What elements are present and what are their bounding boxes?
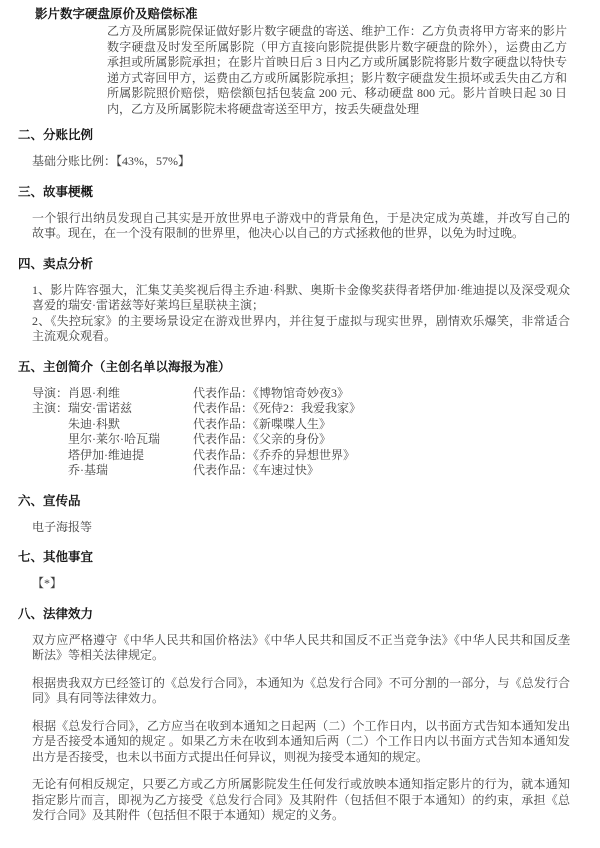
cast-works: 代表作品：《死侍2：我爱我家》 [193,401,600,417]
cast-works: 代表作品：《父亲的身份》 [193,432,600,448]
other-matters-placeholder: 【*】 [32,576,570,592]
legal-paragraph-4: 无论有何相反规定，只要乙方或乙方所属影院发生任何发行或放映本通知指定影片的行为，… [32,777,570,824]
contract-document-page: 影片数字硬盘原价及赔偿标准 乙方及所属影院保证做好影片数字硬盘的寄送、维护工作：… [0,0,600,848]
section-other-matters: 七、其他事宜 【*】 [0,549,600,592]
cast-works-label: 代表作品： [193,401,253,415]
section-legal-effect: 八、法律效力 双方应严格遵守《中华人民共和国价格法》《中华人民共和国反不正当竞争… [0,606,600,824]
cast-list: 导演： 肖恩·利维 代表作品：《博物馆奇妙夜3》 主演： 瑞安·雷诺兹 代表作品… [32,386,600,479]
cast-works: 代表作品：《博物馆奇妙夜3》 [193,386,600,402]
section-promo-materials: 六、宣传品 电子海报等 [0,493,600,536]
cast-row: 主演： 瑞安·雷诺兹 代表作品：《死侍2：我爱我家》 [32,401,600,417]
cast-row: 导演： 肖恩·利维 代表作品：《博物馆奇妙夜3》 [32,386,600,402]
cast-works: 代表作品：《乔乔的异想世界》 [193,448,600,464]
synopsis-paragraph: 一个银行出纳员发现自己其实是开放世界电子游戏中的背景角色，于是决定成为英雄，并改… [32,211,570,242]
cast-role-label: 导演： [32,386,68,402]
hard-drive-standard-paragraph: 乙方及所属影院保证做好影片数字硬盘的寄送、维护工作：乙方负责将甲方寄来的影片数字… [107,24,567,117]
legal-paragraph-1: 双方应严格遵守《中华人民共和国价格法》《中华人民共和国反不正当竞争法》《中华人民… [32,633,570,664]
cast-role-label [32,417,68,433]
cast-row: 里尔·莱尔·哈瓦瑞 代表作品：《父亲的身份》 [32,432,600,448]
cast-row: 乔·基瑞 代表作品：《车速过快》 [32,463,600,479]
cast-works-title: 《车速过快》 [253,463,319,477]
cast-works-title: 《新喋喋人生》 [253,417,331,431]
cast-row: 朱迪·科默 代表作品：《新喋喋人生》 [32,417,600,433]
section-selling-points-title: 四、卖点分析 [18,256,600,272]
selling-point-2: 2、《失控玩家》的主要场景设定在游戏世界内，并往复于虚拟与现实世界，剧情欢乐爆笑… [32,314,570,345]
cast-person-name: 瑞安·雷诺兹 [68,401,193,417]
cast-works-label: 代表作品： [193,463,253,477]
cast-works-title: 《死侍2：我爱我家》 [253,401,361,415]
cast-person-name: 里尔·莱尔·哈瓦瑞 [68,432,193,448]
cast-works-title: 《父亲的身份》 [253,432,331,446]
legal-paragraph-3: 根据《总发行合同》，乙方应当在收到本通知之日起两（二）个工作日内，以书面方式告知… [32,719,570,766]
section-synopsis-title: 三、故事梗概 [18,184,600,200]
hard-drive-standard-heading: 影片数字硬盘原价及赔偿标准 [35,6,600,22]
section-legal-effect-title: 八、法律效力 [18,606,600,622]
section-credits-title: 五、主创简介（主创名单以海报为准） [18,359,600,375]
cast-person-name: 肖恩·利维 [68,386,193,402]
cast-person-name: 塔伊加·维迪提 [68,448,193,464]
cast-person-name: 朱迪·科默 [68,417,193,433]
revenue-split-ratio: 基础分账比例：【43%，57%】 [32,154,570,170]
cast-works-label: 代表作品： [193,386,253,400]
cast-works: 代表作品：《车速过快》 [193,463,600,479]
cast-works-title: 《乔乔的异想世界》 [253,448,355,462]
cast-role-label [32,463,68,479]
legal-paragraph-2: 根据贵我双方已经签订的《总发行合同》，本通知为《总发行合同》不可分割的一部分，与… [32,676,570,707]
cast-role-label: 主演： [32,401,68,417]
section-synopsis: 三、故事梗概 一个银行出纳员发现自己其实是开放世界电子游戏中的背景角色，于是决定… [0,184,600,242]
section-revenue-split: 二、分账比例 基础分账比例：【43%，57%】 [0,127,600,170]
cast-works-title: 《博物馆奇妙夜3》 [253,386,349,400]
cast-works: 代表作品：《新喋喋人生》 [193,417,600,433]
section-hard-drive-standard: 影片数字硬盘原价及赔偿标准 乙方及所属影院保证做好影片数字硬盘的寄送、维护工作：… [0,6,600,117]
section-other-matters-title: 七、其他事宜 [18,549,600,565]
section-revenue-split-title: 二、分账比例 [18,127,600,143]
cast-works-label: 代表作品： [193,417,253,431]
cast-role-label [32,432,68,448]
promo-materials-text: 电子海报等 [32,520,570,536]
selling-point-1: 1、影片阵容强大，汇集艾美奖视后得主乔迪·科默、奥斯卡金像奖获得者塔伊加·维迪提… [32,283,570,314]
cast-row: 塔伊加·维迪提 代表作品：《乔乔的异想世界》 [32,448,600,464]
cast-works-label: 代表作品： [193,432,253,446]
section-selling-points: 四、卖点分析 1、影片阵容强大，汇集艾美奖视后得主乔迪·科默、奥斯卡金像奖获得者… [0,256,600,345]
cast-role-label [32,448,68,464]
cast-works-label: 代表作品： [193,448,253,462]
section-promo-materials-title: 六、宣传品 [18,493,600,509]
section-credits: 五、主创简介（主创名单以海报为准） 导演： 肖恩·利维 代表作品：《博物馆奇妙夜… [0,359,600,479]
cast-person-name: 乔·基瑞 [68,463,193,479]
